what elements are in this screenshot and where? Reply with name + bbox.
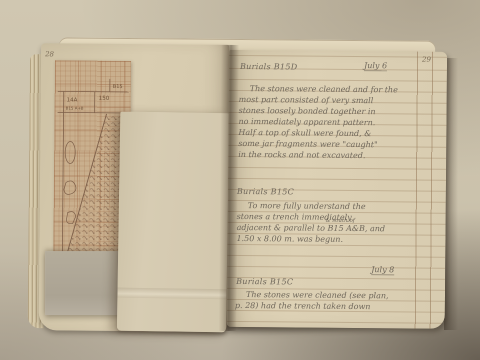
cream-folded-paper [117,112,229,333]
entry1-heading: Burials B15D [240,62,298,72]
right-page-number: 29 [422,56,431,64]
entry2-paragraph: To more fully understand the stones a tr… [236,200,385,245]
entry2-heading: Burials B15C [237,187,294,196]
notebook-photo: 28 [0,0,480,360]
entry3-date: July 8 [371,265,394,275]
plan-label-sub: B15 A+B [66,105,84,110]
plan-label-mid: 150 [99,96,110,102]
left-page-number: 28 [45,50,54,58]
entry1-line7: in the rocks and not excavated. [238,149,397,161]
plan-label-top: B15 [113,84,123,90]
open-notebook: 28 [0,0,480,360]
entry3-line2: p. 28) had the trench taken down [235,300,389,312]
entry2-interline-insertion: & south of [326,218,355,224]
entry2-line4: 1.50 x 8.00 m. was begun. [236,233,385,245]
entry1-paragraph: The stones were cleaned and for the most… [238,83,398,161]
paper-fold-crease [117,288,226,300]
entry3-heading: Burials B15C [236,277,293,286]
entry1-date: July 6 [364,61,387,71]
plan-label-left: 14A [67,97,78,103]
entry3-paragraph: The stones were cleaned (see plan, p. 28… [235,289,389,312]
